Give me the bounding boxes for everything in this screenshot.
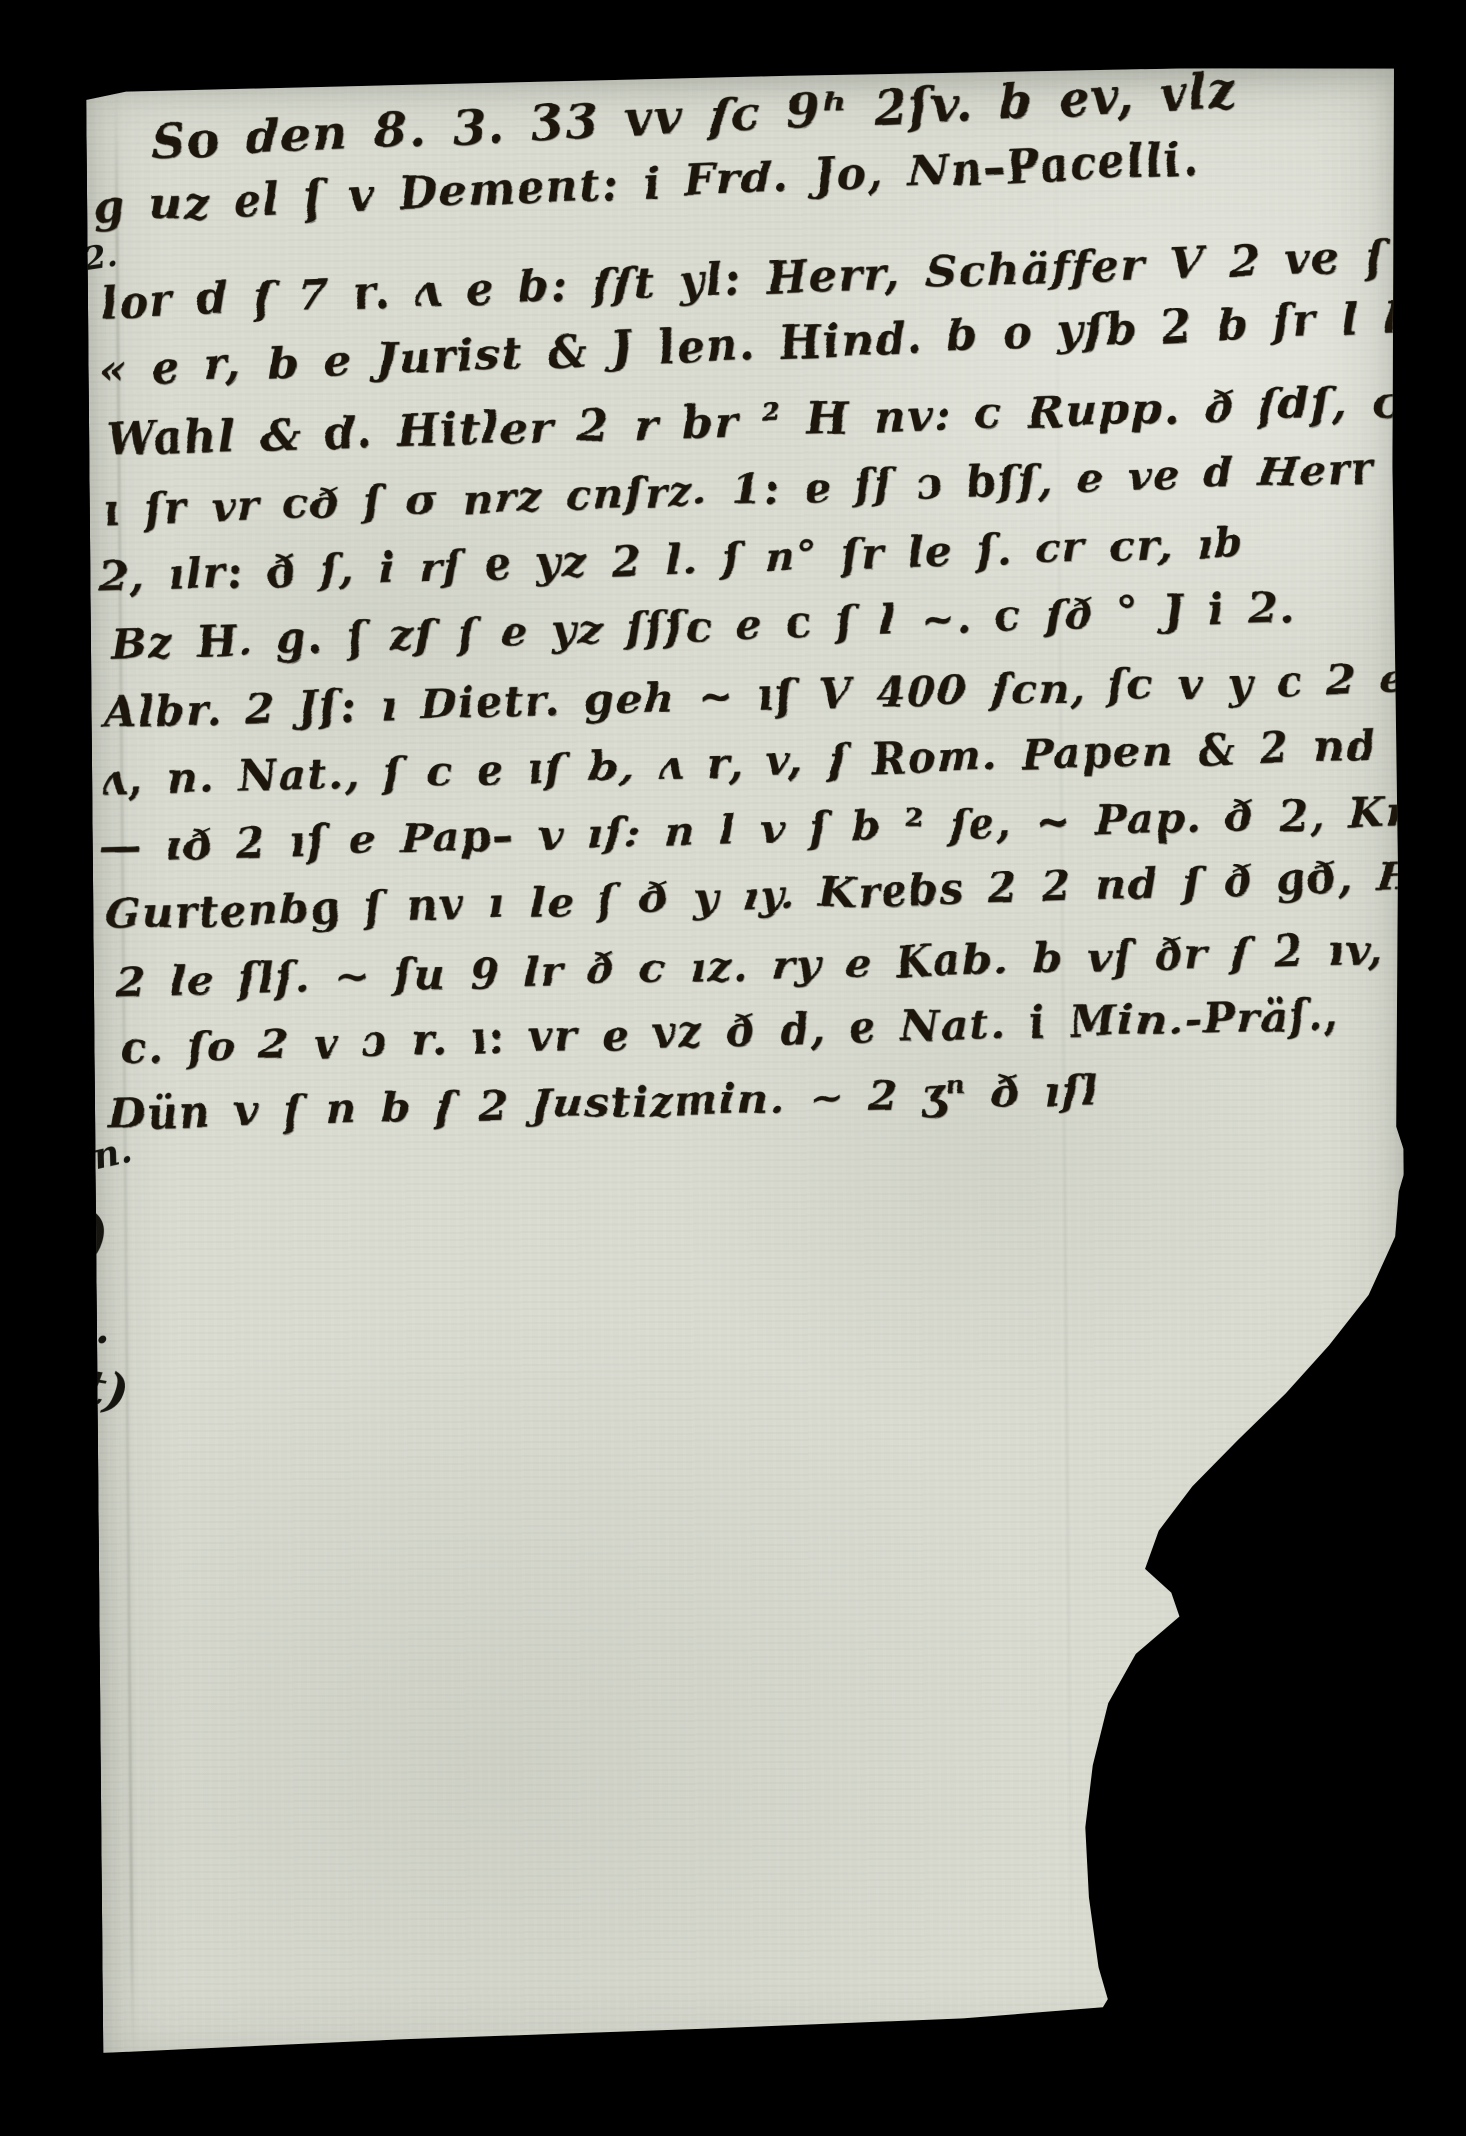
margin-mark: . bbox=[95, 1304, 110, 1353]
handwriting-block: So den 8. 3. 33 vv ſc 9ʰ 2ſv. b ev, vlzg… bbox=[86, 67, 1411, 2063]
scan-background: So den 8. 3. 33 vv ſc 9ʰ 2ſv. b ev, vlzg… bbox=[0, 0, 1466, 2136]
margin-mark: t) bbox=[79, 1359, 133, 1422]
handwriting-line: c. ſo 2 v ɔ r. ı: vr e vz ð d, e Nat. i … bbox=[120, 990, 1341, 1073]
handwriting-line: Bz H. g. ſ zſ ſ e yz ſſſc e c ſ l ~. c ſ… bbox=[110, 583, 1296, 669]
paper-sheet: So den 8. 3. 33 vv ſc 9ʰ 2ſv. b ev, vlzg… bbox=[86, 67, 1411, 2063]
handwriting-line: ʌ, n. Nat., ſ c e ıſ b, ʌ r, v, ſ Rom. P… bbox=[101, 720, 1376, 805]
margin-mark: 2. bbox=[81, 236, 120, 279]
handwriting-line: Dün v ſ n b ſ 2 Justizmin. ~ 2 ʒⁿ ð ıſl bbox=[108, 1066, 1098, 1139]
handwriting-line: 2, ılr: ð ſ, i rſ e yz 2 l. ſ n° ſr le ſ… bbox=[98, 518, 1246, 601]
